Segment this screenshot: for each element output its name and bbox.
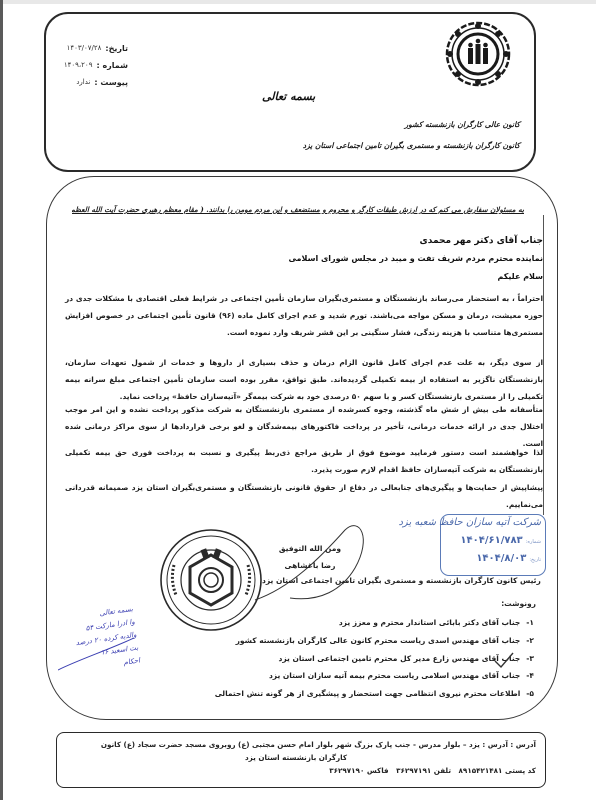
meta-date: تاریخ: ۱۴۰۳/۰۷/۲۸ bbox=[58, 40, 128, 57]
cc-item: ۱-جناب آقای دکتر بابائی استاندار محترم و… bbox=[215, 614, 534, 632]
cc-list: ۱-جناب آقای دکتر بابائی استاندار محترم و… bbox=[215, 614, 534, 703]
signer-title: رئیس کانون کارگران بازنشسته و مستمری بگی… bbox=[262, 576, 541, 585]
checkmark-icon bbox=[493, 650, 515, 670]
emblem-icon bbox=[444, 20, 512, 88]
stamp-company: شرکت آتیه سازان حافظ شعبه یزد bbox=[398, 517, 541, 528]
meta-attachment: پیوست : ندارد bbox=[58, 74, 128, 91]
paragraph-4: لذا خواهشمند است دستور فرمایید موضوع فوق… bbox=[65, 445, 543, 479]
cc-item: ۲-جناب آقای مهندس اسدی ریاست محترم کانون… bbox=[215, 632, 534, 650]
stamp-number: ۱۴۰۴/۶۱/۷۸۳ bbox=[460, 535, 522, 546]
fax-number: ۳۶۲۹۷۱۹۰ bbox=[329, 766, 364, 775]
margin-rule-right bbox=[543, 215, 544, 515]
greeting: سلام علیکم bbox=[288, 268, 543, 286]
recipient-role: نماینده محترم مردم شریف تفت و میبد در مج… bbox=[288, 250, 543, 268]
receipt-stamp: شرکت آتیه سازان حافظ شعبه یزد شماره: ۱۴۰… bbox=[440, 514, 546, 576]
org-name-provincial: کانون کارگران بازنشسته و مستمری بگیران ت… bbox=[303, 141, 520, 150]
meta-number-label: شماره : bbox=[96, 57, 128, 74]
cc-item: ۴-جناب آقای مهندس اسلامی ریاست محترم بیم… bbox=[215, 667, 534, 685]
org-name-national: کانون عالی کارگران بازنشسته کشور bbox=[405, 120, 520, 129]
address-line: آدرس : آدرس : یزد – بلوار مدرس - جنب پار… bbox=[56, 738, 536, 751]
meta-date-value: ۱۴۰۳/۰۷/۲۸ bbox=[67, 40, 102, 57]
stamp-number-label: شماره: bbox=[526, 539, 541, 545]
stamp-date: ۱۴۰۴/۸/۰۳ bbox=[476, 553, 526, 564]
phone-number: ۳۶۲۹۷۱۹۱ bbox=[396, 766, 431, 775]
paragraph-2: از سوی دیگر، به علت عدم اجرای کامل قانون… bbox=[65, 355, 543, 405]
meta-date-label: تاریخ: bbox=[105, 40, 128, 57]
closing-phrase: ومن الله التوفیق bbox=[275, 540, 345, 557]
stamp-number-row: شماره: ۱۴۰۴/۶۱/۷۸۳ bbox=[460, 535, 541, 546]
footer-address: آدرس : آدرس : یزد – بلوار مدرس - جنب پار… bbox=[56, 738, 536, 777]
address-line-2: کارگران بازنشسته استان یزد bbox=[56, 751, 536, 764]
handwritten-strikeline bbox=[58, 600, 134, 710]
meta-attachment-label: پیوست : bbox=[94, 74, 128, 91]
stamp-date-row: تاریخ: ۱۴۰۴/۸/۰۳ bbox=[476, 553, 541, 564]
signature-block: ومن الله التوفیق رضا باغشاهی bbox=[275, 540, 345, 574]
contact-line: کد پستی ۸۹۱۵۴۲۱۴۸۱ تلفن ۳۶۲۹۷۱۹۱ فاکس ۳۶… bbox=[56, 764, 536, 777]
leader-quote: به مسئولان سفارش می کنم که در ارزش طبقات… bbox=[72, 205, 524, 214]
paragraph-5: پیشاپیش از حمایت‌ها و پیگیری‌های جنابعال… bbox=[65, 480, 543, 514]
scan-edge-left bbox=[0, 0, 3, 800]
salutation: جناب آقای دکتر مهر محمدی نماینده محترم م… bbox=[288, 232, 543, 286]
stamp-date-label: تاریخ: bbox=[529, 557, 541, 563]
scan-edge-top bbox=[0, 0, 596, 4]
meta-number: شماره : ۱۴۰۹،۲۰۹ bbox=[58, 57, 128, 74]
meta-attachment-value: ندارد bbox=[76, 74, 90, 91]
signer-name: رضا باغشاهی bbox=[275, 557, 345, 574]
letter-meta: تاریخ: ۱۴۰۳/۰۷/۲۸ شماره : ۱۴۰۹،۲۰۹ پیوست… bbox=[58, 40, 128, 91]
meta-number-value: ۱۴۰۹،۲۰۹ bbox=[64, 57, 93, 74]
recipient-name: جناب آقای دکتر مهر محمدی bbox=[288, 232, 543, 250]
postal-code: ۸۹۱۵۴۲۱۴۸۱ bbox=[459, 766, 503, 775]
paragraph-1: احتراماً ، به استحضار می‌رساند بازنشستگا… bbox=[65, 291, 543, 341]
cc-item: ۳-جناب آقای مهندس زارع مدیر کل محترم تام… bbox=[215, 650, 534, 668]
cc-label: رونوشت: bbox=[501, 599, 536, 608]
invocation: بسمه تعالی bbox=[262, 90, 315, 103]
cc-item: ۵-اطلاعات محترم نیروی انتظامی جهت استحضا… bbox=[215, 685, 534, 703]
